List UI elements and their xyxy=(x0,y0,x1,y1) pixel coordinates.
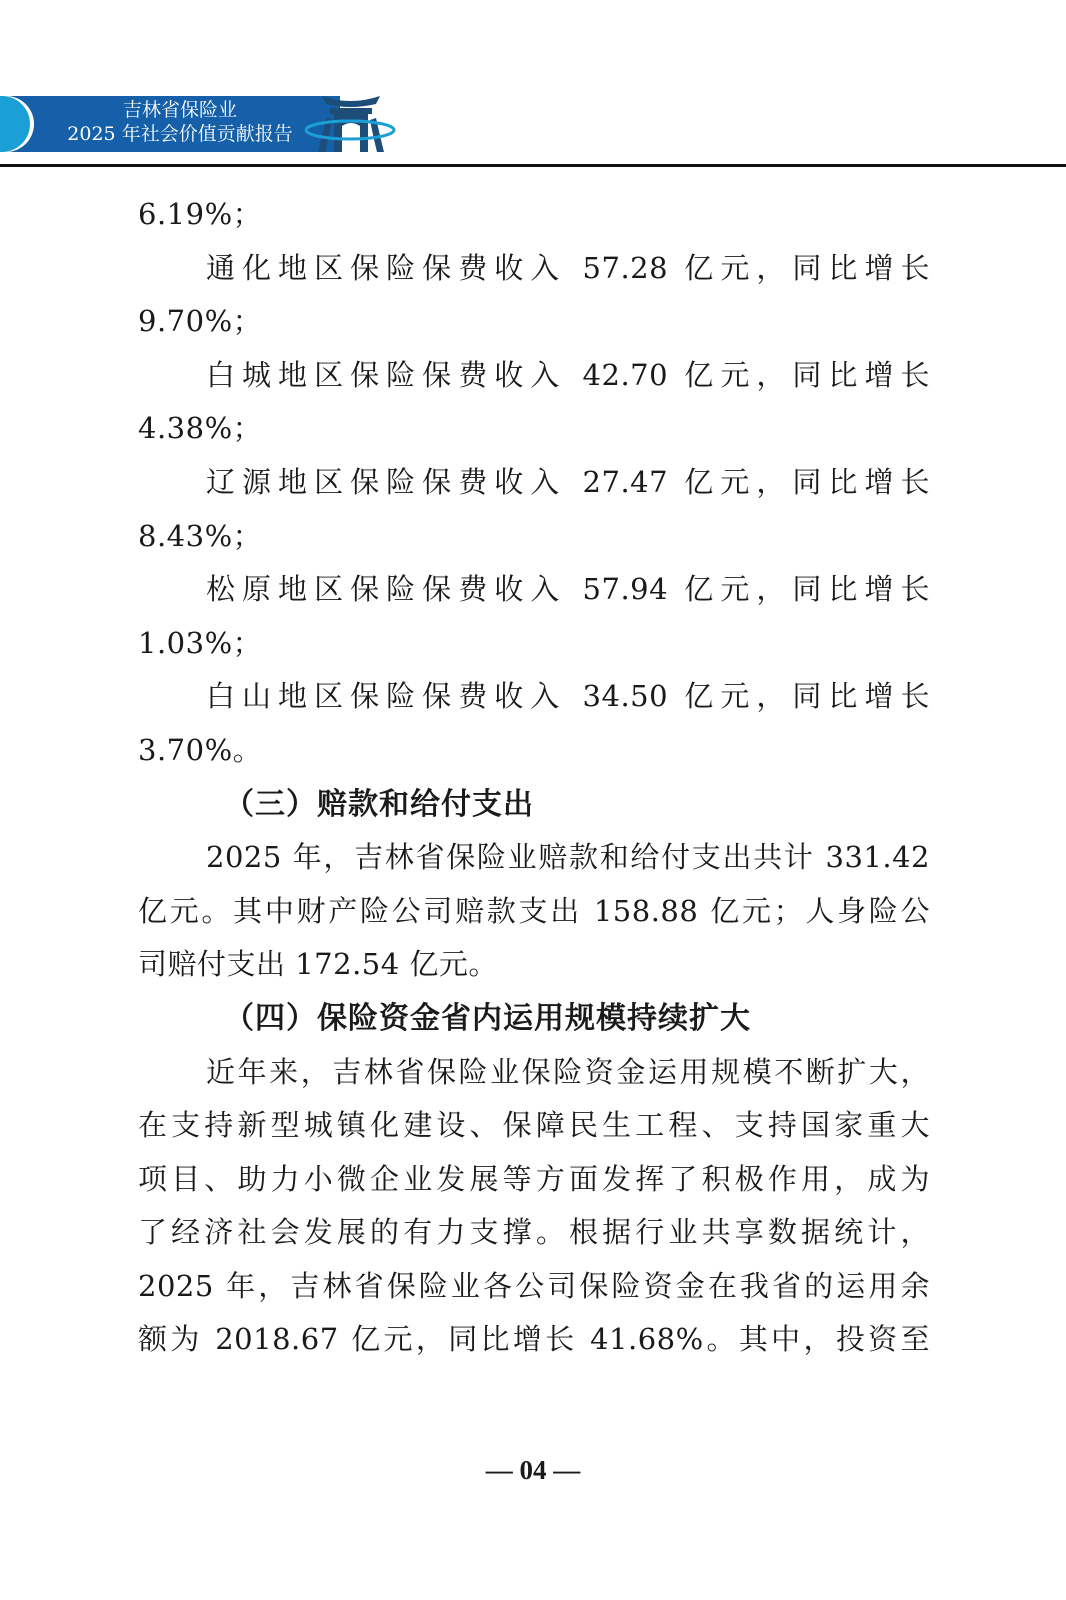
text-line: 松原地区保险保费收入 57.94 亿元，同比增长 xyxy=(138,563,930,617)
text-line: 白山地区保险保费收入 34.50 亿元，同比增长 xyxy=(138,670,930,724)
text-line: 额为 2018.67 亿元，同比增长 41.68%。其中，投资至 xyxy=(138,1313,930,1367)
section-heading: （四）保险资金省内运用规模持续扩大 xyxy=(138,992,930,1046)
text-line: 亿元。其中财产险公司赔款支出 158.88 亿元；人身险公 xyxy=(138,885,930,939)
section-heading: （三）赔款和给付支出 xyxy=(138,778,930,832)
report-title: 吉林省保险业 2025 年社会价值贡献报告 xyxy=(30,98,330,146)
header-divider xyxy=(0,164,1066,167)
report-title-line2: 2025 年社会价值贡献报告 xyxy=(30,122,330,146)
text-line: 8.43%； xyxy=(138,510,930,564)
text-line: 项目、助力小微企业发展等方面发挥了积极作用，成为 xyxy=(138,1153,930,1207)
text-line: 2025 年，吉林省保险业各公司保险资金在我省的运用余 xyxy=(138,1260,930,1314)
text-line: 9.70%； xyxy=(138,295,930,349)
report-title-line1: 吉林省保险业 xyxy=(30,98,330,122)
text-line: 3.70%。 xyxy=(138,724,930,778)
page-header: 吉林省保险业 2025 年社会价值贡献报告 xyxy=(0,92,1066,164)
text-line: 4.38%； xyxy=(138,402,930,456)
text-line: 在支持新型城镇化建设、保障民生工程、支持国家重大 xyxy=(138,1099,930,1153)
text-line: 2025 年，吉林省保险业赔款和给付支出共计 331.42 xyxy=(138,831,930,885)
pavilion-logo-icon xyxy=(300,92,400,156)
text-line: 1.03%； xyxy=(138,617,930,671)
text-line: 6.19%； xyxy=(138,188,930,242)
document-body: 6.19%；通化地区保险保费收入 57.28 亿元，同比增长9.70%；白城地区… xyxy=(138,188,930,1367)
text-line: 白城地区保险保费收入 42.70 亿元，同比增长 xyxy=(138,349,930,403)
text-line: 司赔付支出 172.54 亿元。 xyxy=(138,938,930,992)
page-number: — 04 — xyxy=(0,1455,1066,1486)
text-line: 了经济社会发展的有力支撑。根据行业共享数据统计， xyxy=(138,1206,930,1260)
text-line: 近年来，吉林省保险业保险资金运用规模不断扩大， xyxy=(138,1046,930,1100)
text-line: 通化地区保险保费收入 57.28 亿元，同比增长 xyxy=(138,242,930,296)
text-line: 辽源地区保险保费收入 27.47 亿元，同比增长 xyxy=(138,456,930,510)
